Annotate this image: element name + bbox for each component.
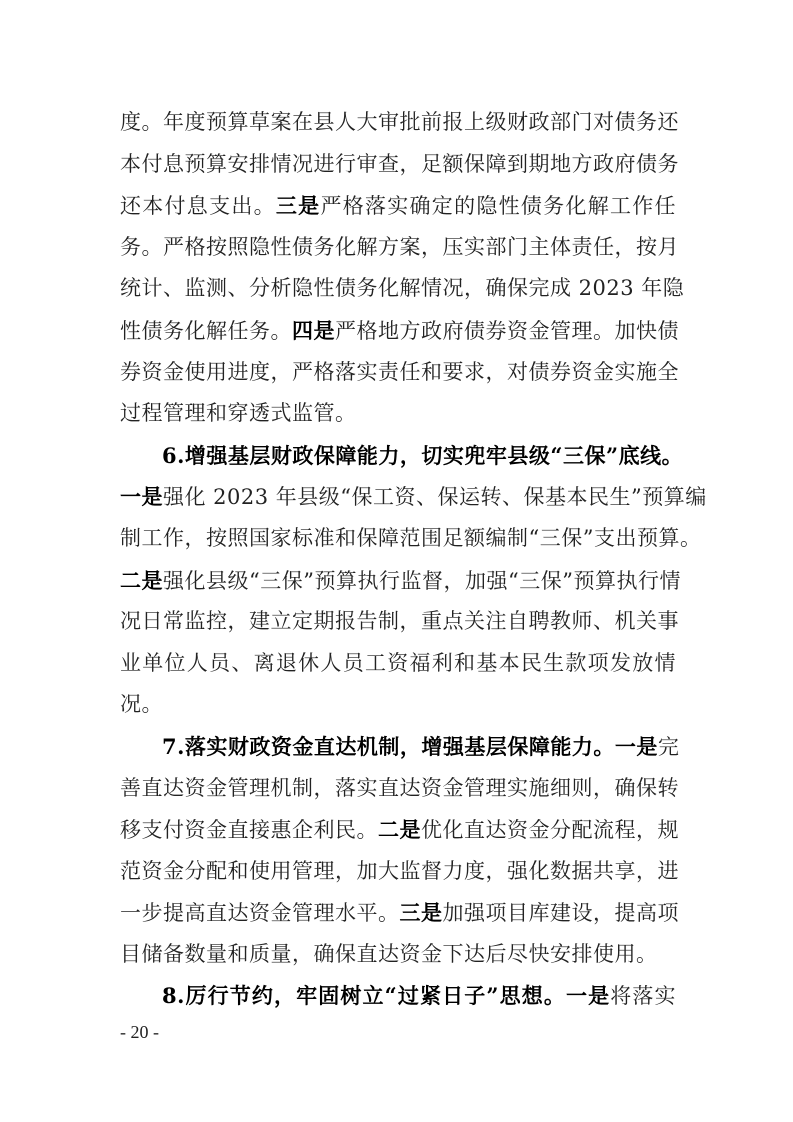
text-line: 况日常监控，建立定期报告制，重点关注自聘教师、机关事 xyxy=(120,601,676,643)
body-text: 目储备数量和质量，确保直达资金下达后尽快安排使用。 xyxy=(120,942,658,966)
text-line: 7.落实财政资金直达机制，增强基层保障能力。一是完 xyxy=(120,726,676,768)
bold-text: 二是 xyxy=(378,817,421,842)
body-text: 统计、监测、分析隐性债务化解情况，确保完成 2023 年隐 xyxy=(120,276,684,300)
text-line: 业单位人员、离退休人员工资福利和基本民生款项发放情 xyxy=(120,643,676,685)
body-text: 将落实 xyxy=(610,984,676,1008)
body-text: 还本付息支出。 xyxy=(120,194,276,218)
body-text: 业单位人员、离退休人员工资福利和基本民生款项发放情 xyxy=(120,651,676,675)
bold-text: 7.落实财政资金直达机制，增强基层保障能力。一是 xyxy=(162,734,658,759)
text-line: 一步提高直达资金管理水平。三是加强项目库建设，提高项 xyxy=(120,892,676,934)
bold-text: 二是 xyxy=(120,568,163,593)
body-text: 务。严格按照隐性债务化解方案，压实部门主体责任，按月 xyxy=(120,235,679,259)
body-text: 过程管理和穿透式监管。 xyxy=(120,401,357,425)
body-text: 严格落实确定的隐性债务化解工作任 xyxy=(320,194,676,218)
body-text: 优化直达资金分配流程，规 xyxy=(421,818,679,842)
body-text: 性债务化解任务。 xyxy=(120,319,292,343)
body-text: 范资金分配和使用管理，加大监督力度，强化数据共享，进 xyxy=(120,859,679,883)
body-text: 况日常监控，建立定期报告制，重点关注自聘教师、机关事 xyxy=(120,609,679,633)
text-line: 8.厉行节约，牢固树立“过紧日子”思想。一是将落实 xyxy=(120,975,676,1017)
body-text: 本付息预算安排情况进行审查，足额保障到期地方政府债务 xyxy=(120,152,679,176)
body-text: 度。年度预算草案在县人大审批前报上级财政部门对债务还 xyxy=(120,110,679,134)
body-text: 制工作，按照国家标准和保障范围足额编制“三保”支出预算。 xyxy=(120,526,701,550)
text-line: 善直达资金管理机制，落实直达资金管理实施细则，确保转 xyxy=(120,768,676,810)
bold-text: 8.厉行节约，牢固树立“过紧日子”思想。一是 xyxy=(162,983,610,1008)
page-number: - 20 - xyxy=(120,1022,159,1043)
body-text: 善直达资金管理机制，落实直达资金管理实施细则，确保转 xyxy=(120,776,679,800)
text-line: 6.增强基层财政保障能力，切实兜牢县级“三保”底线。 xyxy=(120,435,676,477)
body-text: 严格地方政府债券资金管理。加快债 xyxy=(335,319,679,343)
text-line: 统计、监测、分析隐性债务化解情况，确保完成 2023 年隐 xyxy=(120,268,676,310)
body-text: 移支付资金直接惠企利民。 xyxy=(120,818,378,842)
body-text: 强化 2023 年县级“保工资、保运转、保基本民生”预算编 xyxy=(163,485,707,509)
text-line: 范资金分配和使用管理，加大监督力度，强化数据共享，进 xyxy=(120,851,676,893)
text-line: 制工作，按照国家标准和保障范围足额编制“三保”支出预算。 xyxy=(120,518,676,560)
text-line: 况。 xyxy=(120,684,676,726)
text-line: 度。年度预算草案在县人大审批前报上级财政部门对债务还 xyxy=(120,102,676,144)
bold-text: 三是 xyxy=(400,900,443,925)
bold-text: 6.增强基层财政保障能力，切实兜牢县级“三保”底线。 xyxy=(162,443,683,468)
body-text: 况。 xyxy=(120,692,163,716)
text-line: 还本付息支出。三是严格落实确定的隐性债务化解工作任 xyxy=(120,185,676,227)
text-line: 过程管理和穿透式监管。 xyxy=(120,393,676,435)
text-line: 性债务化解任务。四是严格地方政府债券资金管理。加快债 xyxy=(120,310,676,352)
body-text: 券资金使用进度，严格落实责任和要求，对债券资金实施全 xyxy=(120,360,679,384)
text-line: 券资金使用进度，严格落实责任和要求，对债券资金实施全 xyxy=(120,352,676,394)
body-text: 强化县级“三保”预算执行监督，加强“三保”预算执行情 xyxy=(163,569,681,593)
text-line: 一是强化 2023 年县级“保工资、保运转、保基本民生”预算编 xyxy=(120,476,676,518)
text-line: 目储备数量和质量，确保直达资金下达后尽快安排使用。 xyxy=(120,934,676,976)
body-text: 完 xyxy=(658,735,680,759)
bold-text: 三是 xyxy=(276,193,321,218)
body-text: 一步提高直达资金管理水平。 xyxy=(120,901,400,925)
body-text: 加强项目库建设，提高项 xyxy=(443,901,680,925)
text-line: 务。严格按照隐性债务化解方案，压实部门主体责任，按月 xyxy=(120,227,676,269)
text-line: 本付息预算安排情况进行审查，足额保障到期地方政府债务 xyxy=(120,144,676,186)
text-line: 移支付资金直接惠企利民。二是优化直达资金分配流程，规 xyxy=(120,809,676,851)
text-line: 二是强化县级“三保”预算执行监督，加强“三保”预算执行情 xyxy=(120,560,676,602)
bold-text: 四是 xyxy=(292,318,335,343)
document-body: 度。年度预算草案在县人大审批前报上级财政部门对债务还本付息预算安排情况进行审查，… xyxy=(120,102,676,1017)
bold-text: 一是 xyxy=(120,484,163,509)
